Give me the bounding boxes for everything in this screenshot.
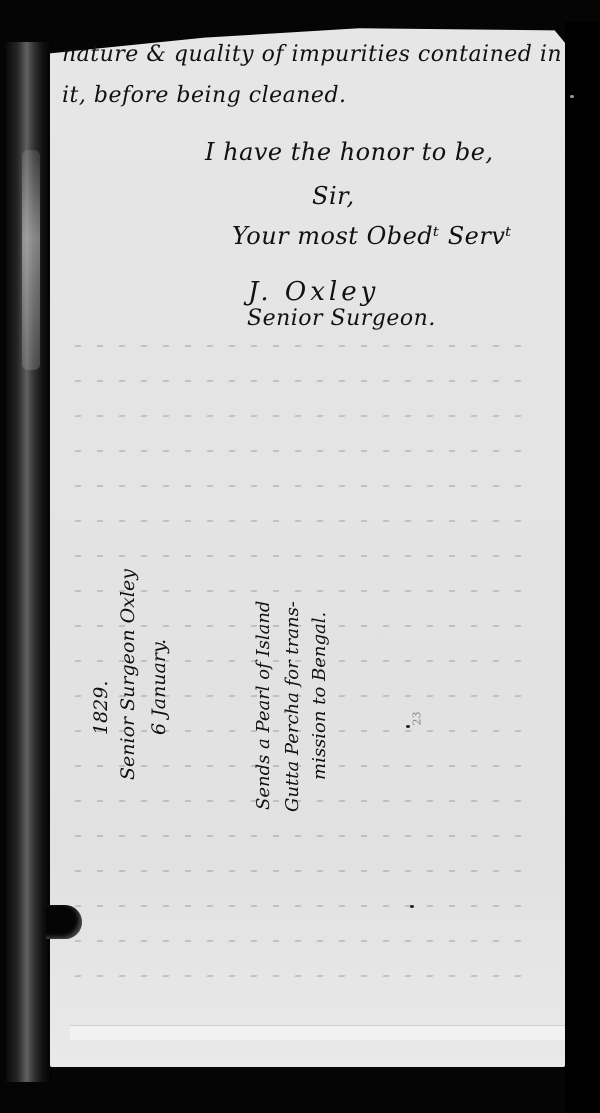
bleed-through-line xyxy=(74,800,535,802)
bleed-through-line xyxy=(74,730,535,732)
bleed-through-line xyxy=(74,870,535,872)
letter-body-line: it, before being cleaned. xyxy=(62,83,347,108)
docket-year: 1829. xyxy=(90,681,112,735)
docket-date: 6 January. xyxy=(148,639,170,735)
bleed-through-line xyxy=(74,660,535,662)
page-bottom-edge xyxy=(70,1025,565,1040)
endorsement-line: mission to Bengal. xyxy=(309,612,330,780)
folio-mark: 23 xyxy=(411,712,424,726)
bleed-through-line xyxy=(74,450,535,452)
bleed-through-line xyxy=(74,940,535,942)
ink-speck xyxy=(410,905,414,908)
document-scan: nature & quality of impurities contained… xyxy=(0,0,600,1113)
binding-tab xyxy=(46,905,82,939)
letter-body-line: nature & quality of impurities contained… xyxy=(62,42,562,67)
bleed-through-line xyxy=(74,345,535,347)
bleed-through-line xyxy=(74,590,535,592)
spine-highlight xyxy=(22,150,40,370)
bleed-through-line xyxy=(74,625,535,627)
bleed-through-line xyxy=(74,520,535,522)
bleed-through-line xyxy=(74,975,535,977)
bleed-through-line xyxy=(74,905,535,907)
endorsement-line: Sends a Pearl of Island xyxy=(253,601,274,810)
bleed-through-line xyxy=(74,555,535,557)
valediction: I have the honor to be, xyxy=(205,138,494,166)
endorsement-line: Gutta Percha for trans- xyxy=(282,601,303,812)
servant-line: Your most Obedᵗ Servᵗ xyxy=(232,222,512,250)
bleed-through-line xyxy=(74,415,535,417)
bleed-through-line xyxy=(74,765,535,767)
bleed-through-line xyxy=(74,695,535,697)
ink-speck xyxy=(570,95,574,98)
signer-title: Senior Surgeon. xyxy=(247,306,436,331)
signature: J. Oxley xyxy=(248,277,379,307)
page-right-shadow xyxy=(565,22,600,1113)
manuscript-page xyxy=(50,22,565,1067)
salutation: Sir, xyxy=(312,182,355,210)
bleed-through-line xyxy=(74,380,535,382)
bleed-through-line xyxy=(74,835,535,837)
bleed-through-line xyxy=(74,485,535,487)
ink-speck xyxy=(406,725,410,728)
docket-author: Senior Surgeon Oxley xyxy=(117,569,139,780)
